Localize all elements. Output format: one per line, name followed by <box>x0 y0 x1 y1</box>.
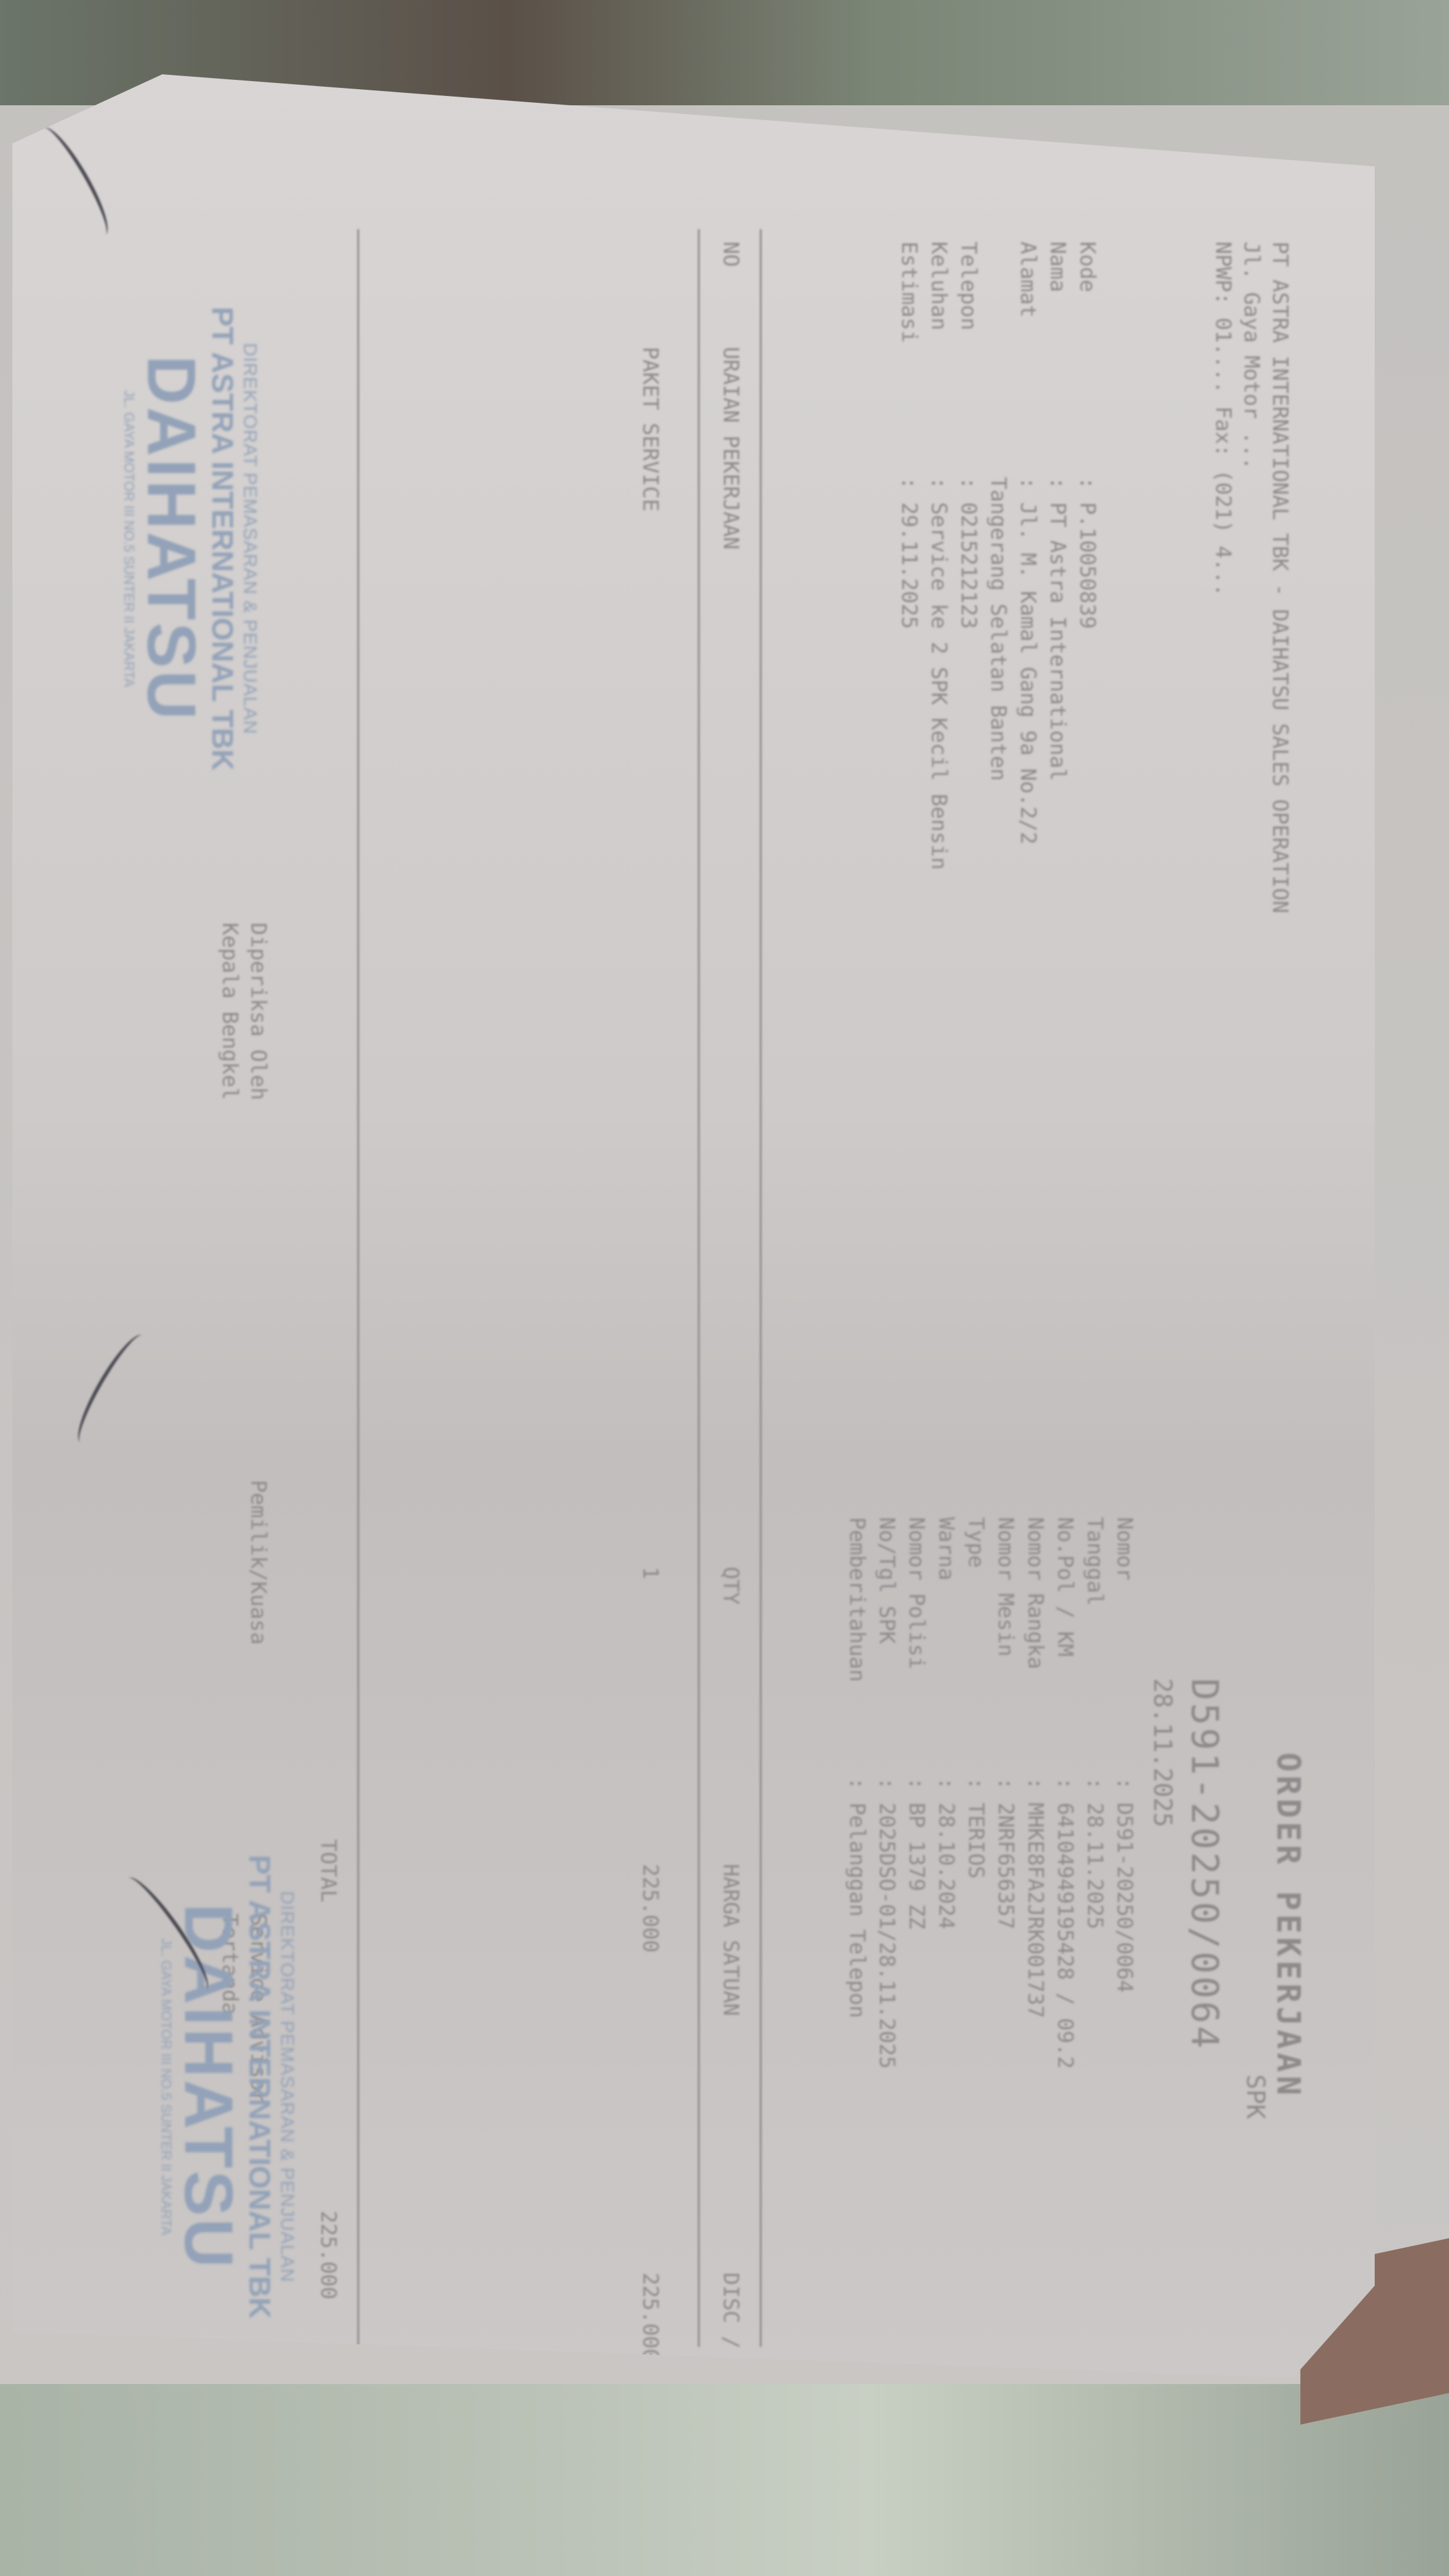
table-header-rule <box>698 229 700 2347</box>
company-header-line: Jl. Gaya Motor ... <box>1237 241 1266 913</box>
field-row: Keluhan: Service ke 2 SPK Kecil Bensin <box>924 241 954 870</box>
stamp-brand: DAIHATSU <box>137 260 205 817</box>
background-cloth <box>0 2384 1449 2576</box>
field-value: : 2NRF656357 <box>991 1777 1020 1930</box>
field-row: Nomor Mesin: 2NRF656357 <box>991 1517 1020 2069</box>
order-date: 28.11.2025 <box>1148 1678 1177 1827</box>
table-bottom-rule <box>357 229 359 2347</box>
field-value: : 28.11.2025 <box>1080 1777 1110 1930</box>
field-label: No.Pol / KM <box>1050 1517 1080 1752</box>
customer-fields: Kode: P.10050839 Nama: PT Astra Internat… <box>894 241 1102 870</box>
field-row: Tanggal: 28.11.2025 <box>1080 1517 1110 2069</box>
field-value: Tangerang Selatan Banten <box>983 477 1013 781</box>
stamp-brand: DAIHATSU <box>174 1777 242 2396</box>
table-top-rule <box>760 229 762 2347</box>
printed-work-order-paper: PT ASTRA INTERNATIONAL TBK - DAIHATSU SA… <box>12 74 1375 2378</box>
signature-label: Kepala Bengkel <box>215 923 244 1100</box>
total-value: 225.000 <box>316 2211 341 2299</box>
order-number: D591-20250/0064 <box>1183 1678 1226 2051</box>
field-label: Nama <box>1043 241 1073 452</box>
total-label: TOTAL <box>316 1839 341 1902</box>
vehicle-fields: Nomor: D591-20250/0064 Tanggal: 28.11.20… <box>842 1517 1139 2069</box>
field-label: Nomor Rangka <box>1020 1517 1050 1752</box>
stamp-directorate: DIREKTORAT PEMASARAN & PENJUALAN <box>276 1777 297 2396</box>
field-row: No.Pol / KM: 64104949195428 / 09.2 <box>1050 1517 1080 2069</box>
field-value: : 28.10.2024 <box>931 1777 961 1930</box>
document-content: PT ASTRA INTERNATIONAL TBK - DAIHATSU SA… <box>62 167 1362 2396</box>
field-row: Nomor: D591-20250/0064 <box>1110 1517 1139 2069</box>
field-label: Kode <box>1073 241 1102 452</box>
col-header-no: NO <box>718 241 743 267</box>
field-label: Warna <box>931 1517 961 1752</box>
field-label: Nomor Mesin <box>991 1517 1020 1752</box>
col-header-description: URAIAN PEKERJAAN <box>718 347 743 550</box>
field-label: Tanggal <box>1080 1517 1110 1752</box>
field-row: Alamat: Jl. M. Kamal Gang 9a No.2/2 <box>1013 241 1043 870</box>
field-value: : BP 1379 ZZ <box>902 1777 931 1930</box>
field-label: Telepon <box>954 241 983 452</box>
cell-unit-price: 225.000 <box>638 1864 663 1952</box>
signature-label: Pemilik/Kuasa <box>244 1480 272 1645</box>
company-header: PT ASTRA INTERNATIONAL TBK - DAIHATSU SA… <box>1209 241 1294 913</box>
company-header-line: NPWP: 01.... Fax: (021) 4... <box>1209 241 1237 913</box>
company-header-line: PT ASTRA INTERNATIONAL TBK - DAIHATSU SA… <box>1266 241 1294 913</box>
field-value: : 2025DSO-01/28.11.2025 <box>872 1777 902 2069</box>
stamp-company-name: PT ASTRA INTERNATIONAL TBK <box>205 260 239 817</box>
field-value: : Jl. M. Kamal Gang 9a No.2/2 <box>1013 477 1043 845</box>
stamp-directorate: DIREKTORAT PEMASARAN & PENJUALAN <box>239 260 260 817</box>
field-value: : PT Astra International <box>1043 477 1073 781</box>
field-label: Nomor <box>1110 1517 1139 1752</box>
cell-description: PAKET SERVICE <box>638 347 663 511</box>
signature-label: Diperiksa Oleh <box>244 923 272 1100</box>
field-label: Alamat <box>1013 241 1043 452</box>
field-row: Telepon: 0215212123 <box>954 241 983 870</box>
stamp-company-name: PT ASTRA INTERNATIONAL TBK <box>242 1777 276 2396</box>
field-row: Nama: PT Astra International <box>1043 241 1073 870</box>
field-value: : Service ke 2 SPK Kecil Bensin <box>924 477 954 870</box>
col-header-qty: QTY <box>718 1567 743 1604</box>
field-value: : 0215212123 <box>954 477 983 629</box>
document-title-suffix: SPK <box>1241 2074 1269 2119</box>
field-value: : Pelanggan Telepon <box>842 1777 872 2018</box>
field-row: Nomor Rangka: MHKE8FA2JRK001737 <box>1020 1517 1050 2069</box>
field-label: Estimasi <box>894 241 924 452</box>
document-title: ORDER PEKERJAAN <box>1269 1752 1307 2099</box>
col-header-unit-price: HARGA SATUAN <box>718 1864 743 2016</box>
field-label: Pemberitahuan <box>842 1517 872 1752</box>
stamp-address: JL. GAYA MOTOR III NO.5 SUNTER II JAKART… <box>158 1777 174 2396</box>
company-stamp: DIREKTORAT PEMASARAN & PENJUALAN PT ASTR… <box>158 1777 297 2396</box>
field-label <box>983 241 1013 452</box>
field-row: Tangerang Selatan Banten <box>983 241 1013 870</box>
field-row: Pemberitahuan: Pelanggan Telepon <box>842 1517 872 2069</box>
field-value: : P.10050839 <box>1073 477 1102 629</box>
field-label: Nomor Polisi <box>902 1517 931 1752</box>
field-label: No/Tgl SPK <box>872 1517 902 1752</box>
stamp-address: JL. GAYA MOTOR III NO.5 SUNTER II JAKART… <box>121 260 137 817</box>
field-row: Nomor Polisi: BP 1379 ZZ <box>902 1517 931 2069</box>
cell-qty: 1 <box>638 1567 663 1579</box>
field-value: : D591-20250/0064 <box>1110 1777 1139 1993</box>
field-value: : 64104949195428 / 09.2 <box>1050 1777 1080 2069</box>
company-stamp: DIREKTORAT PEMASARAN & PENJUALAN PT ASTR… <box>121 260 260 817</box>
field-value: : MHKE8FA2JRK001737 <box>1020 1777 1050 2018</box>
field-row: Type: TERIOS <box>961 1517 991 2069</box>
signature-block-middle: Pemilik/Kuasa <box>244 1480 272 1645</box>
field-row: Kode: P.10050839 <box>1073 241 1102 870</box>
cell-total: 225.000 <box>638 2273 663 2361</box>
signature-block-left: Diperiksa Oleh Kepala Bengkel <box>215 923 272 1100</box>
field-row: Warna: 28.10.2024 <box>931 1517 961 2069</box>
field-value: : 29.11.2025 <box>894 477 924 629</box>
field-label: Type <box>961 1517 991 1752</box>
field-row: Estimasi: 29.11.2025 <box>894 241 924 870</box>
field-value: : TERIOS <box>961 1777 991 1879</box>
field-label: Keluhan <box>924 241 954 452</box>
field-row: No/Tgl SPK: 2025DSO-01/28.11.2025 <box>872 1517 902 2069</box>
